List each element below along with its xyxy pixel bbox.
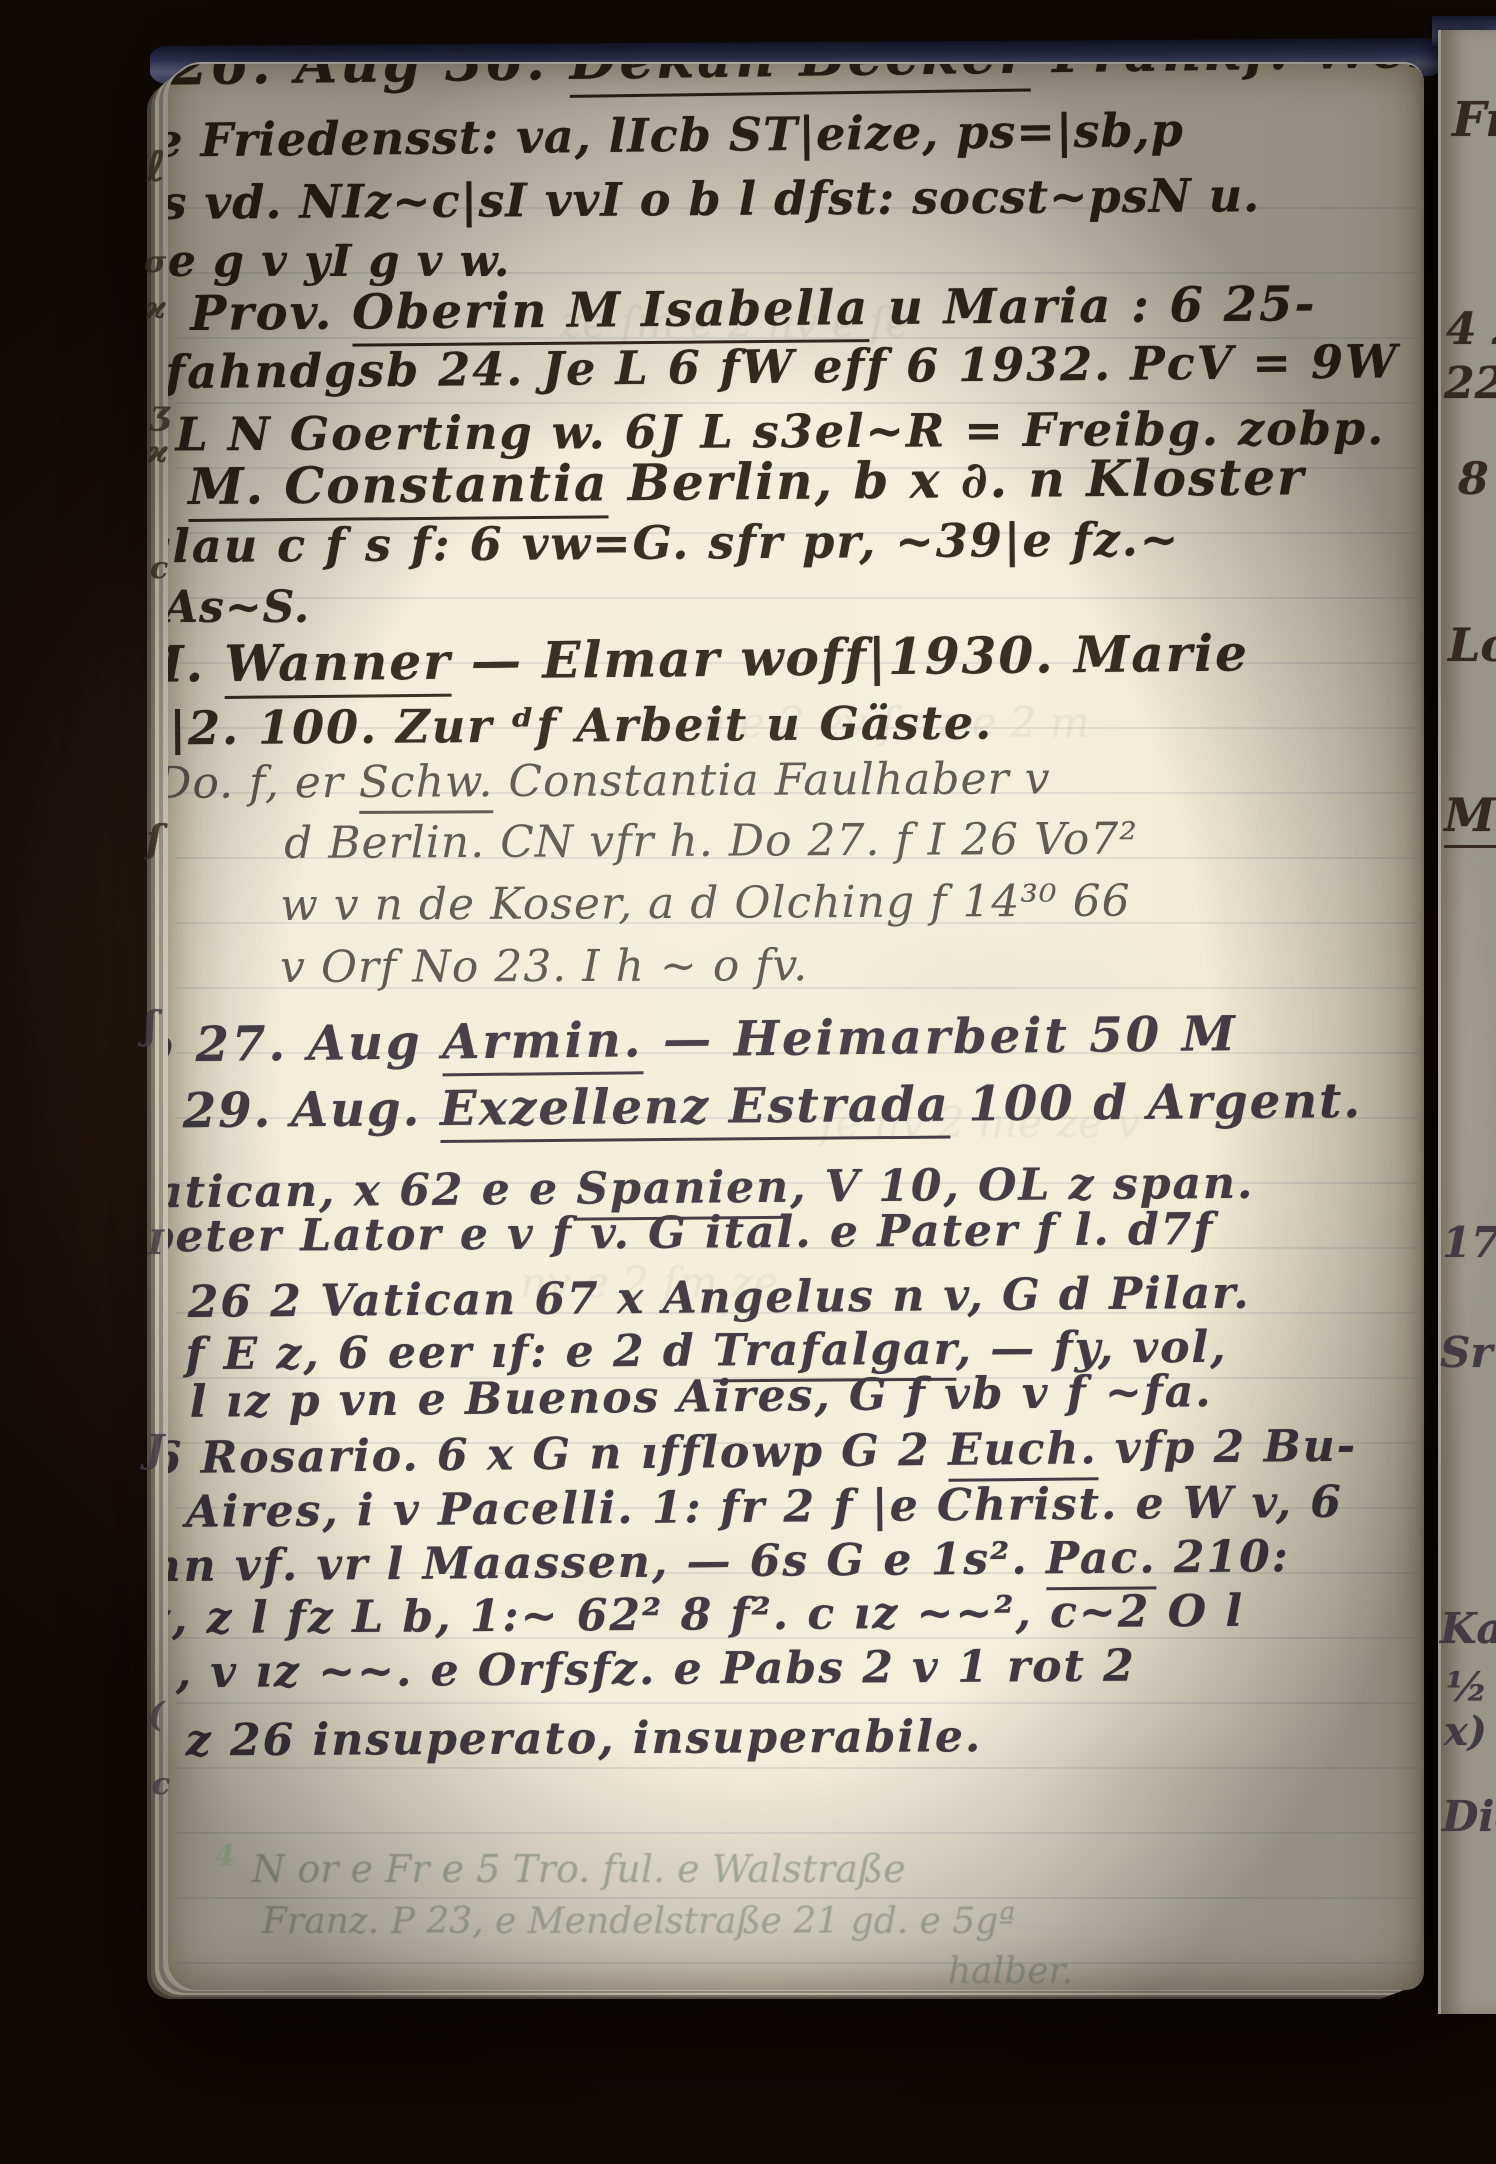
right-page-text-fragment: 8 [1458,458,1489,502]
handwriting-line: 2f o 26 2 Vatican 67 x Angelus n v, G d … [168,1272,1251,1326]
handwriting-line: Breslau c f s f: 6 vw=G. sfr pr, ~39|e f… [168,516,1180,570]
handwriting-line: Prov. Oberin M Isabella u Maria : 6 25- [190,280,1317,338]
handwriting-line: Mi 26. Aug 36. Dekan Becker Frankf. West [168,62,1424,94]
right-page-text-fragment: 22 [1444,362,1496,406]
handwriting-line: e 9: l ız p vn e Buenos Aires, G f vb v … [168,1370,1213,1426]
showthrough-ghost-line: halber. [948,1954,1073,1990]
right-page-text-fragment: 17ᵗ [1442,1222,1496,1264]
margin-shorthand-mark: ϰ [148,438,168,468]
handwriting-line: fl. e z 26 insuperato, insuperabile. [168,1715,982,1764]
margin-shorthand-mark: ʒ [150,396,169,430]
diary-photo: ze ſm e 2 nv e ſeme 2 ev ſ nz e 2 mſe nv… [0,0,1496,2164]
handwriting-line: d Berlin. CN vfr h. Do 27. f I 26 Vo7² [284,818,1138,866]
margin-shorthand-mark: c [150,554,168,584]
handwriting-line: 87 peter Lator e v f v. G ital. e Pater … [168,1208,1214,1260]
handwriting-line: M. Constantia Berlin, b x ∂. n Kloster [188,452,1306,512]
handwriting-line: Sa 29. Aug. Exzellenz Estrada 100 d Arge… [168,1077,1362,1136]
right-page-text-fragment: ½ [1446,1668,1488,1708]
handwriting-line: „fl“ , v ız ~~. e Orfsfz. e Pabs 2 v 1 r… [168,1645,1136,1696]
margin-shorthand-mark: I [148,1226,164,1260]
showthrough-ghost-line: N or e Fr e 5 Tro. ful. e Walstraße [252,1850,906,1888]
handwriting-line: w v n de Koser, a d Olching f 14³⁰ 66 [280,880,1131,928]
handwriting-line: v Orf No 23. I h ~ o fv. [280,944,808,990]
margin-shorthand-mark: ℓ [146,146,166,188]
handwriting-line: Do. f, er Schw. Constantia Faulhaber v [168,757,1051,806]
handwriting-line: Js As~S. [168,586,310,630]
right-page-text-fragment: 4 2 [1446,308,1496,352]
handwriting-line: ~e g v yI g v w. [168,240,510,284]
right-page-text-fragment: Ma [1444,792,1496,838]
handwriting-line: an s|2. 100. Zur ᵈf Arbeit u Gäste. [168,699,993,752]
handwriting-line: rfl, hn vf. vr l Maassen, — 6s G e 1s². … [168,1535,1290,1590]
handwriting-line: σe Friedensst: va, lIcb ST|eize, ps=|sb,… [168,107,1184,164]
showthrough-ghost-line: Franz. P 23, e Mendelstraße 21 gd. e 5gª [262,1904,1015,1940]
margin-shorthand-mark: c [152,1770,170,1800]
margin-shorthand-mark: σ [144,248,166,278]
notebook-page-left: ze ſm e 2 nv e ſeme 2 ev ſ nz e 2 mſe nv… [168,62,1424,1990]
handwriting-line: M. Wanner — Elmar woff|1930. Marie [168,628,1249,690]
handwriting-line: Zollfahndgsb 24. Je L 6 fW eff 6 1932. P… [168,338,1399,396]
right-page-text-fragment: Sr 3 [1440,1332,1496,1374]
handwriting-line: l l ız, z l fz L b, 1:~ 62² 8 f². c ız ~… [168,1590,1244,1642]
margin-shorthand-mark: 4 [214,1842,235,1872]
handwriting-line: enos Aires, i v Pacelli. 1: fr 2 f |e Ch… [168,1481,1343,1536]
right-page-text-fragment: Lo [1448,622,1496,668]
margin-shorthand-mark: ϰ [146,294,166,324]
margin-shorthand-mark: ʃ [144,1006,157,1044]
right-page-text-fragment: Die [1442,1796,1496,1838]
right-page-text-fragment: x) [1444,1712,1487,1752]
handwriting-line: 6 26 Rosario. 6 x G n ıfflowp G 2 Euch. … [168,1425,1357,1482]
handwriting-line: Do 27. Aug Armin. — Heimarbeit 50 M [168,1010,1238,1070]
right-page-text-fragment: Kar [1440,1608,1496,1650]
margin-shorthand-mark: J [146,1430,164,1468]
handwriting-line: us vd. NIz~c|sI vvI o b l dfst: socst~ps… [168,172,1260,226]
margin-shorthand-mark: ſ [146,820,162,858]
right-page-text-fragment: Fr [1452,96,1496,144]
margin-shorthand-mark: ( [148,1698,164,1732]
